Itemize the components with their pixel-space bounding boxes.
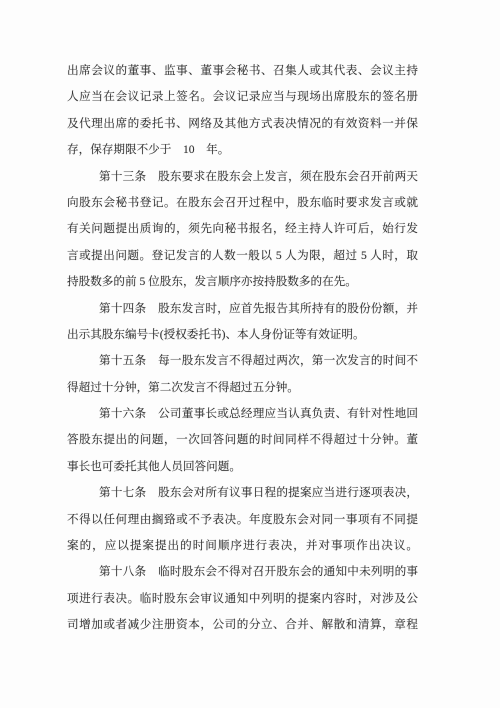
text-line: 向股东会秘书登记。在股东会召开过程中，股东临时要求发言或就 — [67, 190, 418, 216]
text-line: 有关问题提出质询的，须先向秘书报名，经主持人许可后，始行发 — [67, 216, 418, 242]
text-line: 第十八条 临时股东会不得对召开股东会的通知中未列明的事 — [67, 559, 418, 585]
text-line: 第十三条 股东要求在股东会上发言，须在股东会召开前两天 — [67, 164, 418, 190]
text-line: 答股东提出的问题，一次回答问题的时间同样不得超过十分钟。董 — [67, 427, 418, 453]
text-line: 事长也可委托其他人员回答问题。 — [67, 454, 418, 480]
text-line: 存，保存期限不少于 10 年。 — [67, 137, 418, 163]
text-line: 第十六条 公司董事长或总经理应当认真负责、有针对性地回 — [67, 401, 418, 427]
text-line: 言或提出问题。登记发言的人数一般以 5 人为限，超过 5 人时，取 — [67, 243, 418, 269]
text-line: 人应当在会议记录上签名。会议记录应当与现场出席股东的签名册 — [67, 84, 418, 110]
text-line: 不得以任何理由搁臵或不予表决。年度股东会对同一事项有不同提 — [67, 507, 418, 533]
text-line: 得超过十分钟，第二次发言不得超过五分钟。 — [67, 375, 418, 401]
text-line: 项进行表决。临时股东会审议通知中列明的提案内容时，对涉及公 — [67, 586, 418, 612]
text-line: 持股数多的前 5 位股东，发言顺序亦按持股数多的在先。 — [67, 269, 418, 295]
text-line: 出席会议的董事、监事、董事会秘书、召集人或其代表、会议主持 — [67, 58, 418, 84]
document-page: 出席会议的董事、监事、董事会秘书、召集人或其代表、会议主持人应当在会议记录上签名… — [0, 0, 500, 708]
text-line: 第十四条 股东发言时，应首先报告其所持有的股份份额，并 — [67, 296, 418, 322]
text-line: 司增加或者减少注册资本，公司的分立、合并、解散和清算，章程 — [67, 612, 418, 638]
text-line: 第十七条 股东会对所有议事日程的提案应当进行逐项表决， — [67, 480, 418, 506]
text-line: 案的，应以提案提出的时间顺序进行表决，并对事项作出决议。 — [67, 533, 418, 559]
document-text-block: 出席会议的董事、监事、董事会秘书、召集人或其代表、会议主持人应当在会议记录上签名… — [67, 58, 418, 639]
text-line: 出示其股东编号卡(授权委托书)、本人身份证等有效证明。 — [67, 322, 418, 348]
text-line: 第十五条 每一股东发言不得超过两次，第一次发言的时间不 — [67, 348, 418, 374]
text-line: 及代理出席的委托书、网络及其他方式表决情况的有效资料一并保 — [67, 111, 418, 137]
